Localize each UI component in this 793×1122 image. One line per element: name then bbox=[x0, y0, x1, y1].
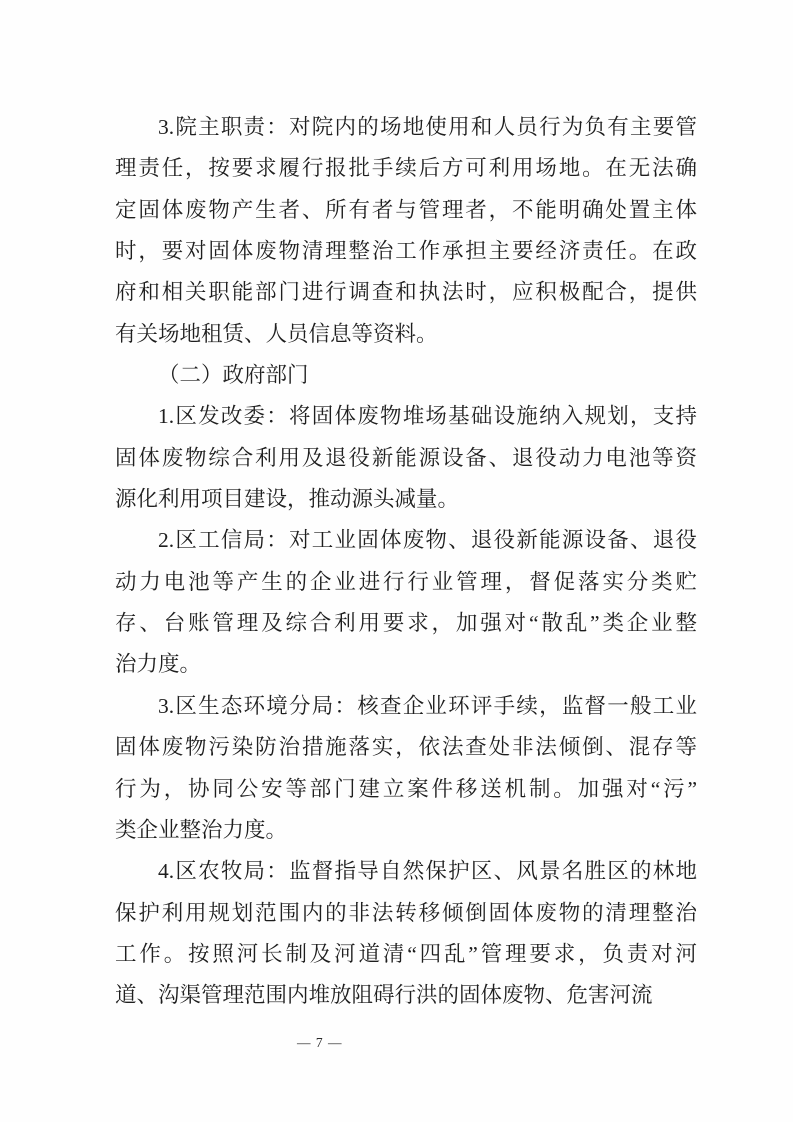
text-line: 治力度。 bbox=[115, 644, 697, 685]
document-page: 3.院主职责：对院内的场地使用和人员行为负有主要管理责任，按要求履行报批手续后方… bbox=[0, 0, 793, 1122]
page-number: — 7 — bbox=[297, 1035, 343, 1051]
text-line: 固体废物污染防治措施落实，依法查处非法倾倒、混存等 bbox=[115, 727, 697, 768]
text-line: 行为，协同公安等部门建立案件移送机制。加强对“污” bbox=[115, 769, 697, 810]
section-heading: （二）政府部门 bbox=[115, 355, 697, 396]
text-line: 1.区发改委：将固体废物堆场基础设施纳入规划，支持 bbox=[115, 396, 697, 437]
text-line: 固体废物综合利用及退役新能源设备、退役动力电池等资 bbox=[115, 438, 697, 479]
paragraph: 3.区生态环境分局：核查企业环评手续，监督一般工业固体废物污染防治措施落实，依法… bbox=[115, 686, 697, 851]
text-line: 源化利用项目建设，推动源头减量。 bbox=[115, 479, 697, 520]
text-line: 动力电池等产生的企业进行行业管理，督促落实分类贮 bbox=[115, 562, 697, 603]
text-line: 存、台账管理及综合利用要求，加强对“散乱”类企业整 bbox=[115, 603, 697, 644]
text-line: 理责任，按要求履行报批手续后方可利用场地。在无法确 bbox=[115, 148, 697, 189]
text-line: 时，要对固体废物清理整治工作承担主要经济责任。在政 bbox=[115, 231, 697, 272]
text-line: 有关场地租赁、人员信息等资料。 bbox=[115, 314, 697, 355]
text-line: 3.院主职责：对院内的场地使用和人员行为负有主要管 bbox=[115, 107, 697, 148]
paragraph: 2.区工信局：对工业固体废物、退役新能源设备、退役动力电池等产生的企业进行行业管… bbox=[115, 520, 697, 685]
text-line: 3.区生态环境分局：核查企业环评手续，监督一般工业 bbox=[115, 686, 697, 727]
text-line: 保护利用规划范围内的非法转移倾倒固体废物的清理整治 bbox=[115, 893, 697, 934]
paragraph: 3.院主职责：对院内的场地使用和人员行为负有主要管理责任，按要求履行报批手续后方… bbox=[115, 107, 697, 355]
text-line: 府和相关职能部门进行调查和执法时，应积极配合，提供 bbox=[115, 272, 697, 313]
text-line: 工作。按照河长制及河道清“四乱”管理要求，负责对河 bbox=[115, 934, 697, 975]
paragraph: 1.区发改委：将固体废物堆场基础设施纳入规划，支持固体废物综合利用及退役新能源设… bbox=[115, 396, 697, 520]
text-line: 类企业整治力度。 bbox=[115, 810, 697, 851]
text-line: 4.区农牧局：监督指导自然保护区、风景名胜区的林地 bbox=[115, 851, 697, 892]
text-line: 2.区工信局：对工业固体废物、退役新能源设备、退役 bbox=[115, 520, 697, 561]
paragraph: 4.区农牧局：监督指导自然保护区、风景名胜区的林地保护利用规划范围内的非法转移倾… bbox=[115, 851, 697, 1016]
document-body: 3.院主职责：对院内的场地使用和人员行为负有主要管理责任，按要求履行报批手续后方… bbox=[115, 107, 697, 1017]
text-line: 定固体废物产生者、所有者与管理者，不能明确处置主体 bbox=[115, 190, 697, 231]
text-line: （二）政府部门 bbox=[115, 355, 697, 396]
text-line: 道、沟渠管理范围内堆放阻碍行洪的固体废物、危害河流 bbox=[115, 975, 697, 1016]
